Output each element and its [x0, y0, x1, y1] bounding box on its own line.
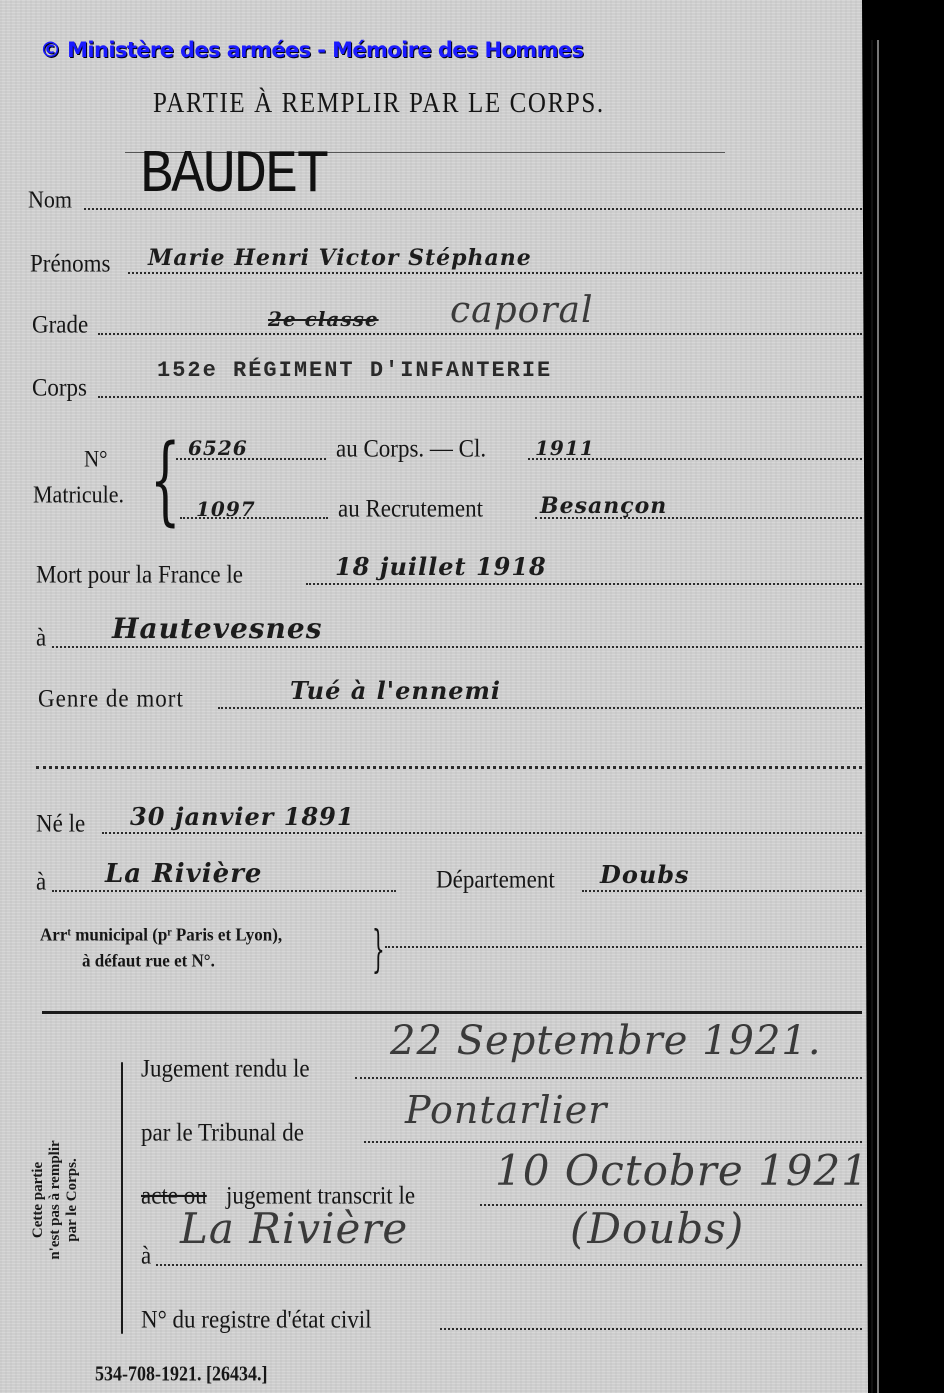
mort-lieu-label: à [36, 624, 46, 652]
matricule-classe-line [528, 458, 862, 460]
prenoms-label: Prénoms [30, 250, 111, 278]
tribunal-label: par le Tribunal de [141, 1119, 304, 1147]
ne-a-line [52, 890, 396, 892]
form-reference: 534-708-1921. [26434.] [95, 1362, 267, 1386]
nom-value: BAUDET [140, 142, 328, 210]
side-note: Cette partie n'est pas à remplir par le … [30, 1095, 81, 1305]
ne-le-line [102, 832, 862, 834]
section-separator [42, 1011, 862, 1014]
transcrit-lieu-label: à [141, 1242, 151, 1270]
mort-date-value: 18 juillet 1918 [335, 552, 547, 581]
genre-mort-value: Tué à l'ennemi [290, 676, 501, 705]
section-bracket [121, 1062, 123, 1334]
ne-le-value: 30 janvier 1891 [130, 802, 355, 831]
page-edge-line [871, 40, 873, 1393]
tribunal-line [364, 1141, 862, 1143]
jugement-rendu-value: 22 Septembre 1921. [390, 1018, 822, 1064]
grade-label: Grade [32, 311, 88, 339]
matricule-recrutement-line [180, 517, 328, 519]
departement-label: Département [436, 866, 555, 894]
grade-line [98, 333, 862, 335]
grade-value: caporal [450, 290, 594, 331]
departement-line [582, 890, 862, 892]
side-note-line-3: par le Corps. [64, 1095, 81, 1305]
ne-a-label: à [36, 868, 46, 896]
prenoms-line [128, 272, 862, 274]
matricule-corps-line [176, 458, 326, 460]
matricule-recrutement-place: Besançon [540, 493, 667, 519]
ne-le-label: Né le [36, 810, 85, 838]
matricule-recrutement-label: au Recrutement [338, 495, 483, 523]
transcrit-lieu-value: La Rivière [180, 1204, 408, 1253]
genre-mort-line [218, 707, 862, 709]
document-page: © Ministère des armées - Mémoire des Hom… [0, 0, 868, 1393]
mort-date-line [306, 583, 862, 585]
blank-line [36, 766, 862, 769]
nom-label: Nom [28, 186, 72, 214]
matricule-corps-number: 6526 [188, 436, 248, 460]
mort-lieu-line [52, 646, 862, 648]
arrondissement-label-line2: à défaut rue et N°. [82, 950, 215, 972]
tribunal-value: Pontarlier [405, 1088, 607, 1132]
mort-lieu-value: Hautevesnes [112, 612, 323, 645]
arrondissement-brace: } [372, 924, 385, 974]
matricule-label: Matricule. [33, 481, 124, 509]
grade-struck-value: 2e classe [268, 307, 379, 331]
corps-line [98, 396, 862, 398]
registre-line [440, 1328, 862, 1330]
side-note-line-1: Cette partie [30, 1095, 47, 1305]
transcrit-value: 10 Octobre 1921. [495, 1146, 883, 1195]
arrondissement-line [385, 946, 862, 948]
transcrit-lieu-line [156, 1264, 862, 1266]
departement-value: Doubs [600, 860, 690, 889]
matricule-recrutement-place-line [535, 517, 862, 519]
side-note-line-2: n'est pas à remplir [47, 1095, 64, 1305]
ne-a-value: La Rivière [105, 859, 262, 889]
form-heading: PARTIE À REMPLIR PAR LE CORPS. [153, 88, 605, 120]
arrondissement-label-line1: Arrᵗ municipal (pʳ Paris et Lyon), [40, 924, 282, 946]
jugement-rendu-label: Jugement rendu le [141, 1055, 310, 1083]
mort-date-label: Mort pour la France le [36, 561, 243, 589]
prenoms-value: Marie Henri Victor Stéphane [148, 245, 532, 271]
matricule-brace: { [150, 432, 181, 528]
matricule-classe: 1911 [535, 436, 595, 460]
matricule-label-no: N° [84, 446, 108, 473]
copyright-watermark: © Ministère des armées - Mémoire des Hom… [40, 38, 583, 62]
genre-mort-label: Genre de mort [38, 685, 184, 713]
transcrit-lieu-extra: (Doubs) [570, 1204, 744, 1253]
matricule-corps-label: au Corps. — Cl. [336, 435, 486, 463]
page-edge-line-secondary [877, 40, 879, 1393]
corps-value: 152e RÉGIMENT D'INFANTERIE [157, 358, 552, 383]
registre-label: N° du registre d'état civil [141, 1306, 372, 1334]
corps-label: Corps [32, 374, 87, 402]
jugement-rendu-line [355, 1077, 862, 1079]
